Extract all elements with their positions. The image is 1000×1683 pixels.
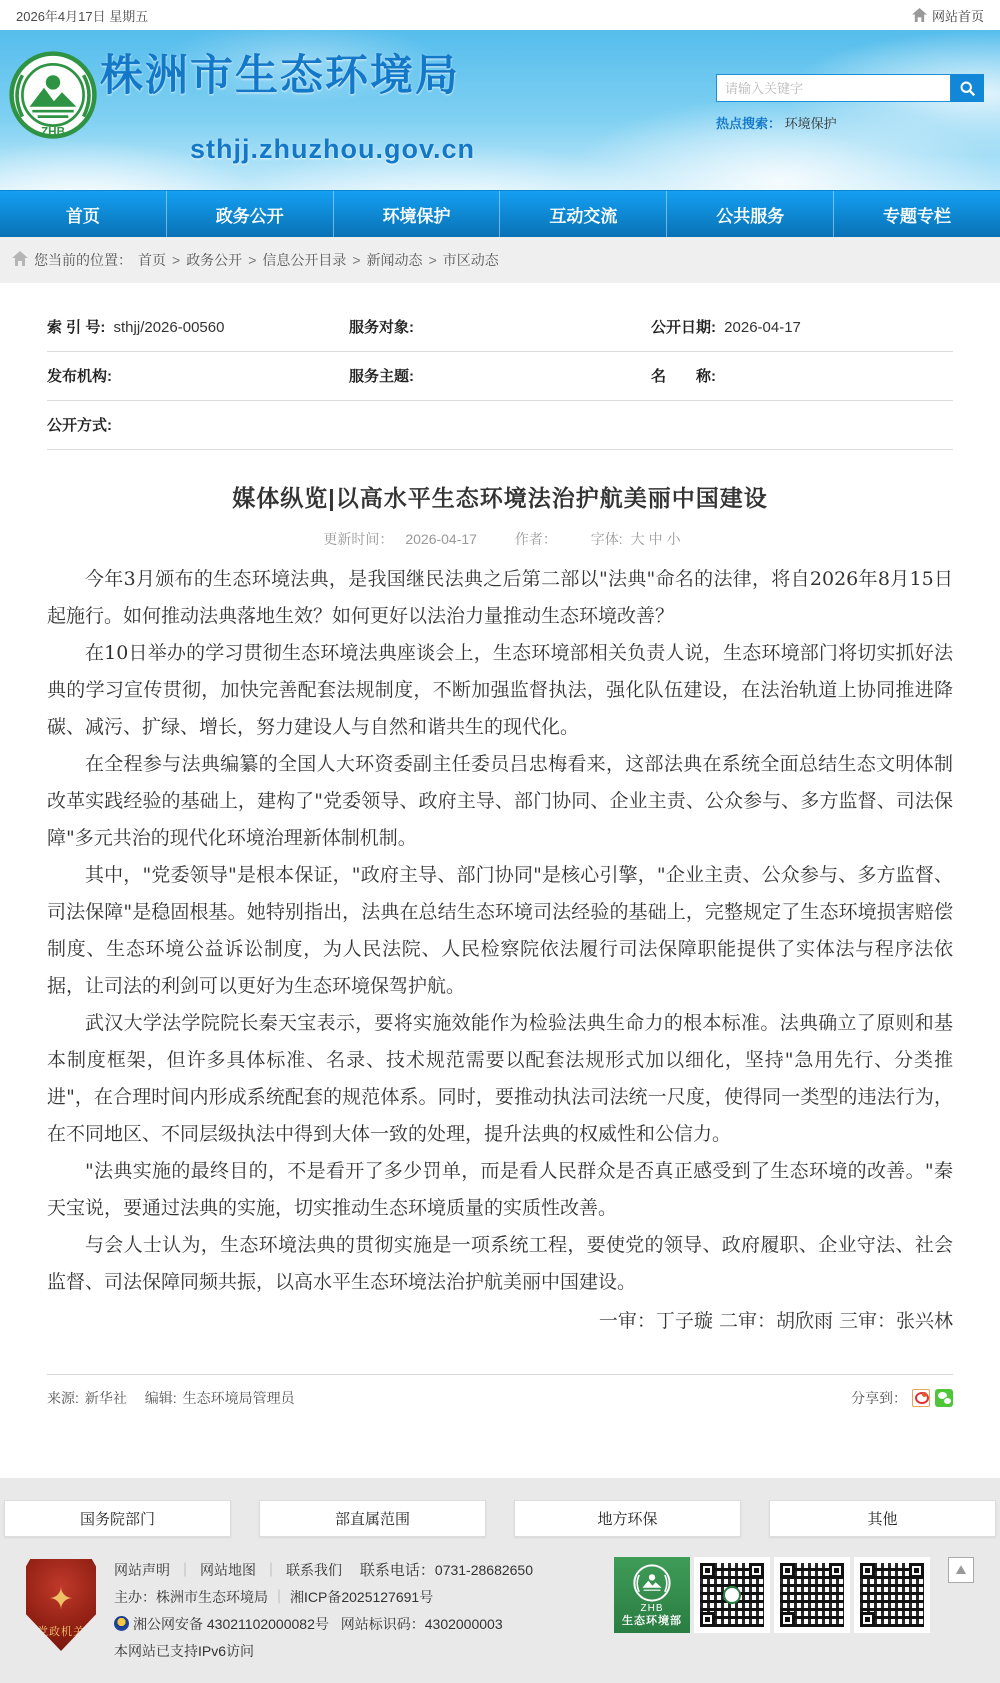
footer-links-ministry-units[interactable]: 部直属范围 — [259, 1500, 486, 1537]
font-size-small[interactable]: 小 — [667, 531, 681, 547]
footer-line-links: 网站声明｜网站地图｜联系我们 联系电话：0731-28682650 — [114, 1557, 533, 1584]
footer-links-local-env[interactable]: 地方环保 — [514, 1500, 741, 1537]
meta-name: 名 称: — [651, 365, 953, 386]
article-paragraph: 在10日举办的学习贯彻生态环境法典座谈会上，生态环境部相关负责人说，生态环境部门… — [47, 635, 953, 746]
meta-service-topic: 服务主题: — [349, 365, 651, 386]
article-page: 索 引 号: sthjj/2026-00560 服务对象: 公开日期: 2026… — [0, 283, 1000, 1478]
share-label: 分享到： — [851, 1388, 907, 1408]
qr-center-emblem — [723, 1586, 741, 1604]
author-label: 作者： — [515, 531, 557, 547]
search-input[interactable] — [716, 74, 951, 102]
font-size-large[interactable]: 大 — [631, 531, 645, 547]
article-paragraph: 与会人士认为，生态环境法典的贯彻实施是一项系统工程，要使党的领导、政府履职、企业… — [47, 1227, 953, 1301]
svg-text:ZHB: ZHB — [41, 126, 65, 139]
breadcrumb-item-home[interactable]: 首页 — [138, 250, 166, 270]
footer-line-host: 主办：株洲市生态环境局｜湘ICP备2025127691号 — [114, 1584, 533, 1611]
meta-publish-date: 公开日期: 2026-04-17 — [651, 316, 953, 337]
broken-image-icon: ⛰ — [948, 1557, 974, 1583]
site-statement-link[interactable]: 网站声明 — [114, 1562, 170, 1578]
breadcrumb-item-info-catalog[interactable]: 信息公开目录 — [262, 250, 346, 270]
nav-item-public-service[interactable]: 公共服务 — [667, 191, 834, 237]
qr-code-1 — [694, 1557, 770, 1633]
breadcrumb-item-news[interactable]: 新闻动态 — [367, 250, 423, 270]
article-paragraph: "法典实施的最终目的，不是看开了多少罚单，而是看人民群众是否真正感受到了生态环境… — [47, 1153, 953, 1227]
footer-line-ipv6: 本网站已支持IPv6访问 — [114, 1638, 533, 1665]
police-badge-icon — [114, 1616, 129, 1631]
security-filing-number[interactable]: 湘公网安备 43021102000082号 — [133, 1616, 329, 1632]
nav-item-gov-info[interactable]: 政务公开 — [167, 191, 334, 237]
site-brand[interactable]: ZHB 株洲市生态环境局 — [8, 42, 460, 140]
contact-us-link[interactable]: 联系我们 — [286, 1562, 342, 1578]
site-map-link[interactable]: 网站地图 — [200, 1562, 256, 1578]
bureau-logo-icon: ZHB — [8, 50, 98, 140]
footer-line-security: 湘公网安备 43021102000082号 网站标识码：4302000003 — [114, 1611, 533, 1638]
source-value: 新华社 — [85, 1390, 127, 1406]
source-share-row: 来源:新华社 编辑:生态环境局管理员 分享到： — [47, 1374, 953, 1408]
meta-issuing-agency: 发布机构: — [47, 365, 349, 386]
nav-item-env-protection[interactable]: 环境保护 — [334, 191, 501, 237]
nav-item-special-topics[interactable]: 专题专栏 — [834, 191, 1000, 237]
audit-line: 一审：丁子璇 二审：胡欣雨 三审：张兴林 — [47, 1303, 953, 1340]
breadcrumb-label: 您当前的位置： — [34, 250, 132, 270]
footer-link-groups: 国务院部门 部直属范围 地方环保 其他 — [0, 1500, 1000, 1537]
meta-disclosure-method: 公开方式: — [47, 414, 953, 435]
site-identification-code: 4302000003 — [425, 1616, 503, 1632]
editor-label: 编辑: — [145, 1390, 177, 1406]
breadcrumb-item-gov-info[interactable]: 政务公开 — [186, 250, 242, 270]
contact-phone-number: 0731-28682650 — [435, 1562, 533, 1578]
search-area: 热点搜索： 环境保护 — [716, 74, 984, 132]
meta-row: 公开方式: — [47, 401, 953, 450]
footer-text: 网站声明｜网站地图｜联系我们 联系电话：0731-28682650 主办：株洲市… — [114, 1557, 533, 1665]
document-meta-table: 索 引 号: sthjj/2026-00560 服务对象: 公开日期: 2026… — [47, 303, 953, 450]
update-time-value: 2026-04-17 — [405, 531, 477, 547]
mee-logo: ZHB 生态环境部 — [614, 1557, 690, 1633]
site-masthead: ZHB 株洲市生态环境局 sthjj.zhuzhou.gov.cn 热点搜索： … — [0, 30, 1000, 190]
weibo-share-icon[interactable] — [912, 1389, 930, 1407]
site-home-link[interactable]: 网站首页 — [912, 6, 984, 25]
footer-logos: ZHB 生态环境部 ⛰ — [614, 1557, 974, 1665]
article-body: 今年3月颁布的生态环境法典，是我国继民法典之后第二部以"法典"命名的法律，将自2… — [47, 561, 953, 1340]
site-title: 株洲市生态环境局 — [100, 42, 460, 103]
article-paragraph: 武汉大学法学院院长秦天宝表示，要将实施效能作为检验法典生命力的根本标准。法典确立… — [47, 1005, 953, 1153]
update-time-label: 更新时间： — [323, 531, 393, 547]
contact-phone-label: 联系电话： — [360, 1562, 435, 1579]
source-label: 来源: — [47, 1390, 79, 1406]
editor-value: 生态环境局管理员 — [183, 1390, 295, 1406]
source-info: 来源:新华社 编辑:生态环境局管理员 — [47, 1388, 301, 1408]
search-button[interactable] — [951, 74, 984, 102]
icp-number[interactable]: 湘ICP备2025127691号 — [290, 1589, 433, 1605]
footer-bottom: ✦ 党政机关 网站声明｜网站地图｜联系我们 联系电话：0731-28682650… — [0, 1537, 1000, 1683]
site-url: sthjj.zhuzhou.gov.cn — [190, 134, 475, 165]
breadcrumb-home-icon — [12, 251, 28, 269]
qr-code-3 — [854, 1557, 930, 1633]
meta-row: 索 引 号: sthjj/2026-00560 服务对象: 公开日期: 2026… — [47, 303, 953, 352]
article-paragraph: 在全程参与法典编纂的全国人大环资委副主任委员吕忠梅看来，这部法典在系统全面总结生… — [47, 746, 953, 857]
main-nav: 首页 政务公开 环境保护 互动交流 公共服务 专题专栏 — [0, 190, 1000, 237]
footer-links-other[interactable]: 其他 — [769, 1500, 996, 1537]
share-bar: 分享到： — [851, 1388, 953, 1408]
gov-agency-badge-icon: ✦ 党政机关 — [26, 1559, 96, 1651]
search-icon — [959, 80, 976, 97]
page-footer: 国务院部门 部直属范围 地方环保 其他 ✦ 党政机关 网站声明｜网站地图｜联系我… — [0, 1478, 1000, 1683]
wechat-share-icon[interactable] — [935, 1389, 953, 1407]
article-paragraph: 其中，"党委领导"是根本保证，"政府主导、部门协同"是核心引擎，"企业主责、公众… — [47, 857, 953, 1005]
font-size-label: 字体: — [591, 531, 623, 547]
article-title: 媒体纵览|以高水平生态环境法治护航美丽中国建设 — [47, 480, 953, 513]
font-size-medium[interactable]: 中 — [649, 531, 663, 547]
meta-index-number: 索 引 号: sthjj/2026-00560 — [47, 316, 349, 337]
home-icon — [912, 8, 927, 22]
current-date: 2026年4月17日 星期五 — [16, 6, 148, 25]
top-bar: 2026年4月17日 星期五 网站首页 — [0, 0, 1000, 30]
qr-code-2 — [774, 1557, 850, 1633]
meta-row: 发布机构: 服务主题: 名 称: — [47, 352, 953, 401]
nav-item-interaction[interactable]: 互动交流 — [500, 191, 667, 237]
hot-search-term[interactable]: 环境保护 — [785, 116, 837, 131]
mee-emblem-icon — [632, 1563, 672, 1603]
breadcrumb: 您当前的位置： 首页 > 政务公开 > 信息公开目录 > 新闻动态 > 市区动态 — [0, 237, 1000, 283]
hot-search-label: 热点搜索： — [716, 116, 781, 131]
host-org: 株洲市生态环境局 — [156, 1589, 268, 1605]
footer-links-state-council[interactable]: 国务院部门 — [4, 1500, 231, 1537]
article-meta-line: 更新时间：2026-04-17 作者： 字体:大中小 — [47, 529, 953, 549]
breadcrumb-item-district-news[interactable]: 市区动态 — [443, 250, 499, 270]
article-paragraph: 今年3月颁布的生态环境法典，是我国继民法典之后第二部以"法典"命名的法律，将自2… — [47, 561, 953, 635]
nav-item-home[interactable]: 首页 — [0, 191, 167, 237]
meta-service-object: 服务对象: — [349, 316, 651, 337]
